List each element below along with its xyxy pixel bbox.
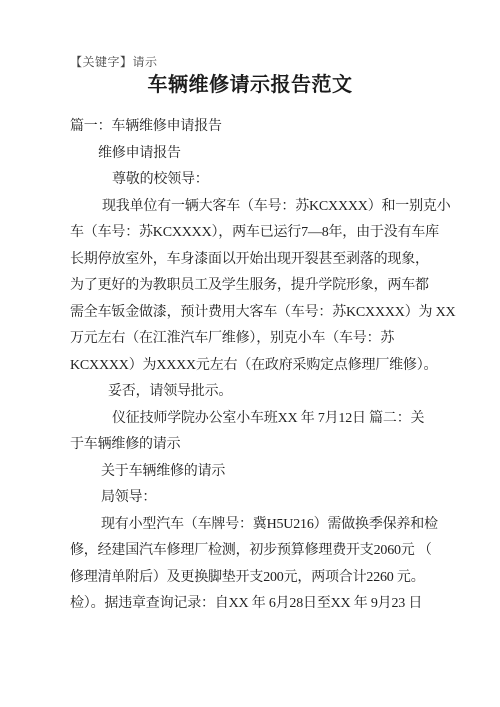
doc-line: 修，经建国汽车修理厂检测，初步预算修理费开支2060元 （ [70, 538, 438, 565]
doc-line-salutation: 局领导： [70, 485, 438, 512]
doc-line: KCXXXX）为XXXX元左右（在政府采购定点修理厂维修）。 [70, 353, 438, 380]
doc-line: 修理清单附后）及更换脚垫开支200元，两项合计2260 元。 [70, 565, 438, 592]
document-body: 篇一：车辆维修申请报告 维修申请报告 尊敬的校领导： 现我单位有一辆大客车（车号… [70, 114, 438, 618]
doc-line: 长期停放室外，车身漆面以开始出现开裂甚至剥落的现象， [70, 247, 438, 274]
doc-line-approval-request: 妥否，请领导批示。 [70, 379, 438, 406]
doc-line-salutation: 尊敬的校领导： [70, 167, 438, 194]
doc-line: 现有小型汽车（车牌号：冀H5U216）需做换季保养和检 [70, 512, 438, 539]
doc-line: 需全车钣金做漆，预计费用大客车（车号：苏KCXXXX）为 XX [70, 300, 438, 327]
doc-line-signature-date: 仪征技师学院办公室小车班XX 年 7月12日 篇二：关 [70, 406, 438, 433]
doc-line: 万元左右（在江淮汽车厂维修），别克小车（车号：苏 [70, 326, 438, 353]
document-page: 【关键字】请示 车辆维修请示报告范文 篇一：车辆维修申请报告 维修申请报告 尊敬… [0, 0, 500, 707]
doc-line-section2-heading: 关于车辆维修的请示 [70, 459, 438, 486]
doc-line-section1-heading: 篇一：车辆维修申请报告 [70, 114, 438, 141]
doc-line-report-title: 维修申请报告 [70, 141, 438, 168]
doc-line: 于车辆维修的请示 [70, 432, 438, 459]
doc-line: 检）。据违章查询记录：自XX 年 6月28日至XX 年 9月23 日 [70, 591, 438, 618]
doc-line: 车（车号：苏KCXXXX），两车已运行7—8年，由于没有车库 [70, 220, 438, 247]
doc-line: 现我单位有一辆大客车（车号：苏KCXXXX）和一别克小 [70, 194, 438, 221]
doc-line: 为了更好的为教职员工及学生服务，提升学院形象，两车都 [70, 273, 438, 300]
document-title: 车辆维修请示报告范文 [0, 68, 500, 97]
